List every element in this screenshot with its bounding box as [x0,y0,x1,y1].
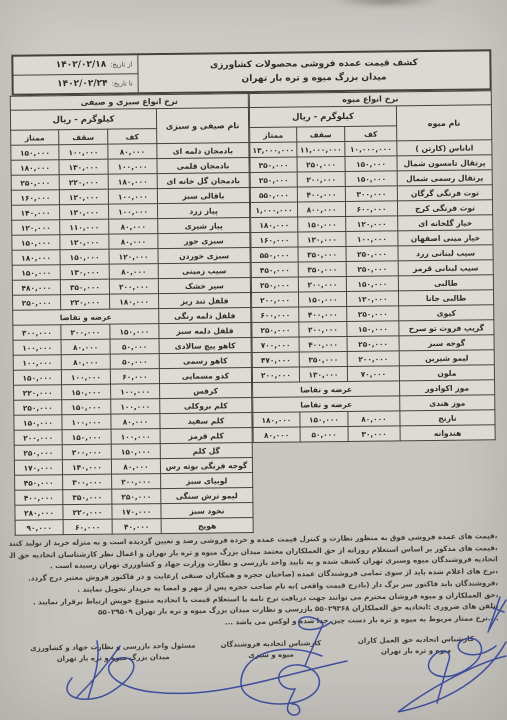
price-floor: ۲۰۰,۰۰۰ [347,351,399,367]
produce-name: سیب لبنانی زرد [398,245,493,261]
price-ceiling: ۱۳۰,۰۰۰ [299,366,347,382]
signature-caption-sellers-union: کارشناس اتحادیه فروشندگان میوه و سبزی [210,638,332,661]
price-premium: ۴۵۰,۰۰۰ [251,262,298,278]
price-ceiling: ۱۲۰,۰۰۰ [59,189,108,205]
price-premium: ۱۰۰,۰۰۰ [13,340,61,356]
price-premium: ۱۶۰,۰۰۰ [11,190,59,206]
price-premium: ۱,۰۰۰,۰۰۰ [250,202,297,218]
supply-demand-cell: عرضه و تقاضا [253,396,400,413]
price-floor: ۱۰۰,۰۰۰ [346,231,398,247]
price-floor: ۱۲۰,۰۰۰ [346,291,398,307]
price-floor: ۵۰,۰۰۰ [110,354,159,370]
price-premium: ۲۵۰,۰۰۰ [14,400,62,416]
veg-unit-header: کیلوگرم - ریال [10,109,156,131]
price-ceiling: ۳۵۰,۰۰۰ [298,261,346,277]
price-premium: ۱۶۰,۰۰۰ [251,232,298,248]
produce-name: خیار مینی اصفهان [398,230,493,246]
produce-name: کیوی [399,305,494,321]
produce-name: بادمجان گل خانه ای [157,173,249,189]
price-premium: ۱۳,۰۰۰,۰۰۰ [250,142,297,158]
produce-name: کرفس [160,383,252,399]
price-floor: ۱۷۰,۰۰۰ [112,504,161,520]
price-premium: ۲۵۰,۰۰۰ [252,322,299,338]
supply-demand-cell: عرضه و تقاضا [13,309,159,326]
price-premium: ۹۰,۰۰۰ [15,520,63,536]
veg-name-header: نام صیفی و سبزی [156,108,248,144]
price-floor: ۱۸۰,۰۰۰ [110,294,159,310]
date-range-box: از تاریخ: ۱۴۰۲/۰۲/۱۸ تا تاریخ: ۱۴۰۲/۰۲/۲… [13,55,138,93]
produce-name: نخود سبز [161,503,253,519]
price-floor: ۱۵۰,۰۰۰ [345,171,397,187]
price-floor: ۲۰۰,۰۰۰ [112,474,161,490]
produce-name: توت فرنگی گرگان [397,185,492,201]
price-premium: ۲۰۰,۰۰۰ [252,292,299,308]
veg-col-floor: کف [108,129,157,145]
price-floor: ۸۰,۰۰۰ [109,264,158,280]
produce-name: کلم سفید [160,413,252,429]
fruit-col-ceiling: سقف [297,126,345,142]
price-floor: ۱۰۰,۰۰۰ [108,189,157,205]
price-ceiling: ۱۳۰,۰۰۰ [60,264,109,280]
price-premium: ۱۸۰,۰۰۰ [251,217,298,233]
produce-name: هندوانه [400,425,495,441]
produce-name: کدو مسمایی [159,368,251,384]
price-ceiling: ۴۰۰,۰۰۰ [299,336,347,352]
price-ceiling: ۵۰,۰۰۰ [300,426,348,442]
price-premium: ۲۵۰,۰۰۰ [14,445,62,461]
produce-name: طالبی جانا [398,290,493,306]
produce-name: بادمجان قلمی [157,158,249,174]
price-ceiling: ۱۳۰,۰۰۰ [59,159,108,175]
date-to-value: ۱۴۰۲/۰۲/۲۴ [57,79,108,90]
price-ceiling: ۱۵۰,۰۰۰ [62,384,111,400]
price-premium: ۱۷۰,۰۰۰ [14,460,62,476]
price-ceiling: ۱۵۰,۰۰۰ [298,216,346,232]
price-ceiling: ۶۰,۰۰۰ [63,519,112,535]
price-ceiling: ۳۵۰,۰۰۰ [299,351,347,367]
fruit-price-table: نرخ انواع میوه نام میوه کیلوگرم - ریال ک… [249,90,496,443]
price-premium: ۴۸۰,۰۰۰ [12,280,60,296]
price-premium: ۱۲۰,۰۰۰ [12,220,60,236]
price-ceiling: ۲۰۰,۰۰۰ [61,324,110,340]
document-photo: کشف قیمت عمده فروشی محصولات کشاورزی میدا… [0,0,507,720]
price-ceiling: ۴۰۰,۰۰۰ [299,306,347,322]
produce-name: گوجه سبز [399,335,494,351]
price-floor: ۲۰۰,۰۰۰ [109,279,158,295]
price-ceiling: ۸۰,۰۰۰ [61,339,110,355]
price-premium: ۷۰۰,۰۰۰ [252,337,299,353]
price-floor: ۲۵۰,۰۰۰ [112,489,161,505]
price-floor: ۱۵۰,۰۰۰ [111,444,160,460]
price-floor: ۱۵۰,۰۰۰ [346,276,398,292]
price-floor: ۳۰,۰۰۰ [348,426,400,442]
price-premium: ۱۵۰,۰۰۰ [14,415,62,431]
price-ceiling: ۱۴۰,۰۰۰ [62,459,111,475]
date-from-value: ۱۴۰۲/۰۲/۱۸ [56,60,107,71]
price-floor: ۸۰,۰۰۰ [111,414,160,430]
price-ceiling: ۳۵۰,۰۰۰ [63,489,112,505]
price-ceiling: ۲۰۰,۰۰۰ [299,321,347,337]
produce-name: کلم قرمز [160,428,252,444]
price-floor: ۸۰,۰۰۰ [109,234,158,250]
price-ceiling: ۲۲۰,۰۰۰ [61,294,110,310]
produce-name: کلم بروکلی [160,398,252,414]
price-ceiling: ۳۵۰,۰۰۰ [298,246,346,262]
produce-name: پیاز زرد [157,203,249,219]
document-header: کشف قیمت عمده فروشی محصولات کشاورزی میدا… [11,49,491,95]
caption-line: میوه و سبزی [210,648,332,661]
fruit-unit-header: کیلوگرم - ریال [249,106,396,128]
price-premium: ۱۵۰,۰۰۰ [13,370,61,386]
price-ceiling: ۲۲۰,۰۰۰ [63,504,112,520]
price-floor: ۱۰,۰۰۰,۰۰۰ [345,141,397,157]
date-from-row: از تاریخ: ۱۴۰۲/۰۲/۱۸ [13,55,137,74]
price-ceiling: ۱۱۰,۰۰۰ [60,219,109,235]
price-premium: ۱۸۰,۰۰۰ [11,160,59,176]
price-ceiling: ۱۰۰,۰۰۰ [61,369,110,385]
fruit-name-header: نام میوه [396,105,491,141]
price-ceiling: ۲۵۰,۰۰۰ [297,156,345,172]
price-floor: ۲۵۰,۰۰۰ [346,246,398,262]
price-premium: ۳۵۰,۰۰۰ [250,157,297,173]
fruit-col-floor: کف [345,126,397,142]
price-ceiling: ۱۲۰,۰۰۰ [59,204,108,220]
price-ceiling: ۳۵۰,۰۰۰ [60,279,109,295]
footer-notes: ،قیمت های عمده فروشی فوق به منظور نظارت … [9,530,498,631]
price-premium: ۴۵۰,۰۰۰ [15,475,63,491]
title-line-2: میدان بزرگ میوه و تره بار تهران [139,70,490,87]
produce-name: موز هندی [400,395,495,411]
price-ceiling: ۱۵۰,۰۰۰ [300,411,348,427]
price-ceiling: ۸۰,۰۰۰ [61,354,110,370]
top-edge-shadow [330,0,440,8]
produce-name: اناناس (کارتن ) [397,140,492,156]
price-floor: ۱۰۰,۰۰۰ [111,399,160,415]
price-ceiling: ۲۰۰,۰۰۰ [62,444,111,460]
table-row: هویج۴۰,۰۰۰۶۰,۰۰۰۹۰,۰۰۰ [15,518,253,536]
veg-col-ceiling: سقف [59,129,108,145]
produce-name: توت فرنگی کرج [397,200,492,216]
produce-name: سبزی خوردن [158,248,250,264]
caption-line: کارشناس اتحادیه فروشندگان [210,638,332,651]
produce-name: طالبی [398,275,493,291]
price-floor: ۱۸۰,۰۰۰ [108,174,157,190]
price-floor: ۱۰۰,۰۰۰ [108,159,157,175]
price-ceiling: ۱۳۰,۰۰۰ [298,231,346,247]
price-floor: ۲۵۰,۰۰۰ [347,336,399,352]
price-floor: ۷۰,۰۰۰ [347,366,399,382]
produce-name: فلفل دلمه رنگی [159,308,251,324]
price-floor: ۱۰۰,۰۰۰ [111,384,160,400]
price-premium: ۲۲۰,۰۰۰ [14,385,62,401]
price-premium: ۱۵۰,۰۰۰ [12,235,60,251]
signature-left-tail [67,658,347,700]
produce-name: پیاز شیری [158,218,250,234]
price-premium: ۲۰۰,۰۰۰ [252,367,299,383]
price-floor: ۲۵۰,۰۰۰ [346,261,398,277]
price-floor: ۸۰,۰۰۰ [108,144,157,160]
produce-name: لیمو شیرین [399,350,494,366]
price-floor: ۱۲۰,۰۰۰ [109,249,158,265]
price-premium: ۲۵۰,۰۰۰ [11,175,59,191]
price-floor: ۳۰۰,۰۰۰ [345,186,397,202]
price-ceiling: ۱۵۰,۰۰۰ [62,399,111,415]
price-premium: ۲۵۰,۰۰۰ [13,295,61,311]
produce-name: سیب لبنانی قرمز [398,260,493,276]
fruit-col-premium: ممتاز [250,127,297,143]
produce-name: لیمو ترش سنگی [161,488,253,504]
price-floor: ۱۵۰,۰۰۰ [347,321,399,337]
price-ceiling: ۱۵۰,۰۰۰ [298,291,346,307]
price-premium: ۱۵۰,۰۰۰ [12,265,60,281]
price-floor: ۱۵۰,۰۰۰ [345,156,397,172]
price-floor: ۸۰,۰۰۰ [111,459,160,475]
price-floor: ۵۰,۰۰۰ [110,339,159,355]
price-premium: ۲۸۰,۰۰۰ [15,505,63,521]
produce-name: موز اکوادور [400,380,495,396]
price-premium: ۲۵۰,۰۰۰ [251,277,298,293]
vegetable-price-table: نرخ انواع سبزی و صیفی نام صیفی و سبزی کی… [10,93,254,536]
price-premium: ۳۰۰,۰۰۰ [13,325,61,341]
produce-name: کاهو رسمی [159,353,251,369]
price-premium: ۵۵۰,۰۰۰ [250,187,297,203]
produce-name: گل کلم [160,443,252,459]
price-floor: ۲۵۰,۰۰۰ [347,306,399,322]
price-floor: ۴۰,۰۰۰ [112,519,161,535]
price-ceiling: ۲۰۰,۰۰۰ [298,276,346,292]
produce-name: فلفل تند ریز [159,293,251,309]
price-premium: ۱۸۰,۰۰۰ [253,412,300,428]
produce-name: سیر خشک [158,278,250,294]
price-ceiling: ۱۲۰,۰۰۰ [60,234,109,250]
produce-name: گوجه فرنگی بوته رس [160,458,252,474]
table-row: هندوانه۳۰,۰۰۰۵۰,۰۰۰۸۰,۰۰۰ [253,425,495,443]
veg-col-premium: ممتاز [11,130,59,146]
price-ceiling: ۱۵۰,۰۰۰ [60,249,109,265]
price-premium: ۲۵۰,۰۰۰ [250,172,297,188]
produce-name: گریپ فروت تو سرخ [399,320,494,336]
price-floor: ۱۰۰,۰۰۰ [108,204,157,220]
produce-name: سیب زمینی [158,263,250,279]
produce-name: بادمجان دلمه ای [157,143,249,159]
price-premium: ۸۰,۰۰۰ [253,427,300,443]
produce-name: فلفل دلمه سبز [159,323,251,339]
date-from-label: از تاریخ: [110,60,132,68]
price-premium: ۵۵۰,۰۰۰ [251,247,298,263]
price-premium: ۶۰۰,۰۰۰ [252,307,299,323]
produce-name: خیار گلخانه ای [398,215,493,231]
price-ceiling: ۲۰۰,۰۰۰ [297,171,345,187]
price-premium: ۱۴۰,۰۰۰ [11,205,59,221]
date-to-row: تا تاریخ: ۱۴۰۲/۰۲/۲۴ [14,73,138,93]
price-ceiling: ۱۱,۰۰۰,۰۰۰ [297,141,345,157]
date-to-label: تا تاریخ: [112,79,133,87]
produce-name: نارنج [400,410,495,426]
price-floor: ۸۰,۰۰۰ [348,411,400,427]
produce-name: پرتقال رسمی شمال [397,170,492,186]
price-floor: ۶۰,۰۰۰ [110,369,159,385]
price-premium: ۲۰۰,۰۰۰ [14,430,62,446]
produce-name: باقالی سبز [157,188,249,204]
produce-name: سبزی جور [158,233,250,249]
price-ceiling: ۱۰۰,۰۰۰ [62,414,111,430]
price-premium: ۴۰۰,۰۰۰ [15,490,63,506]
price-floor: ۱۵۰,۰۰۰ [110,324,159,340]
price-list-document: کشف قیمت عمده فروشی محصولات کشاورزی میدا… [11,49,496,535]
price-tables: نرخ انواع میوه نام میوه کیلوگرم - ریال ک… [12,90,497,535]
price-ceiling: ۳۰۰,۰۰۰ [63,474,112,490]
price-ceiling: ۱۵۰,۰۰۰ [62,429,111,445]
price-ceiling: ۸۰۰,۰۰۰ [297,201,345,217]
price-floor: ۶۰۰,۰۰۰ [345,201,397,217]
produce-name: ملون [399,365,494,381]
produce-name: هویج [161,518,253,534]
produce-name: کاهو پیچ سالادی [159,338,251,354]
price-premium: ۴۷۰,۰۰۰ [252,352,299,368]
supply-demand-cell: عرضه و تقاضا [253,381,400,398]
signature-caption-broker-union: کارشناس اتحادیه حق العمل کاران میوه و تر… [332,634,500,658]
signature-caption-inspection-unit: مسئول واحد بازرسی و نظارت جهاد و کشاورزی… [12,640,214,665]
price-premium: ۱۰۰,۰۰۰ [13,355,61,371]
price-ceiling: ۱۰۰,۰۰۰ [59,144,108,160]
price-ceiling: ۴۰۰,۰۰۰ [297,186,345,202]
price-floor: ۱۰۰,۰۰۰ [111,429,160,445]
price-floor: ۸۰,۰۰۰ [109,219,158,235]
document-title: کشف قیمت عمده فروشی محصولات کشاورزی میدا… [138,51,489,92]
price-floor: ۱۲۰,۰۰۰ [346,216,398,232]
produce-name: پرتقال تامسون شمال [397,155,492,171]
price-ceiling: ۲۲۰,۰۰۰ [59,174,108,190]
produce-name: لوبیای سبز [161,473,253,489]
price-premium: ۱۸۰,۰۰۰ [12,250,60,266]
price-premium: ۱۵۰,۰۰۰ [11,145,59,161]
